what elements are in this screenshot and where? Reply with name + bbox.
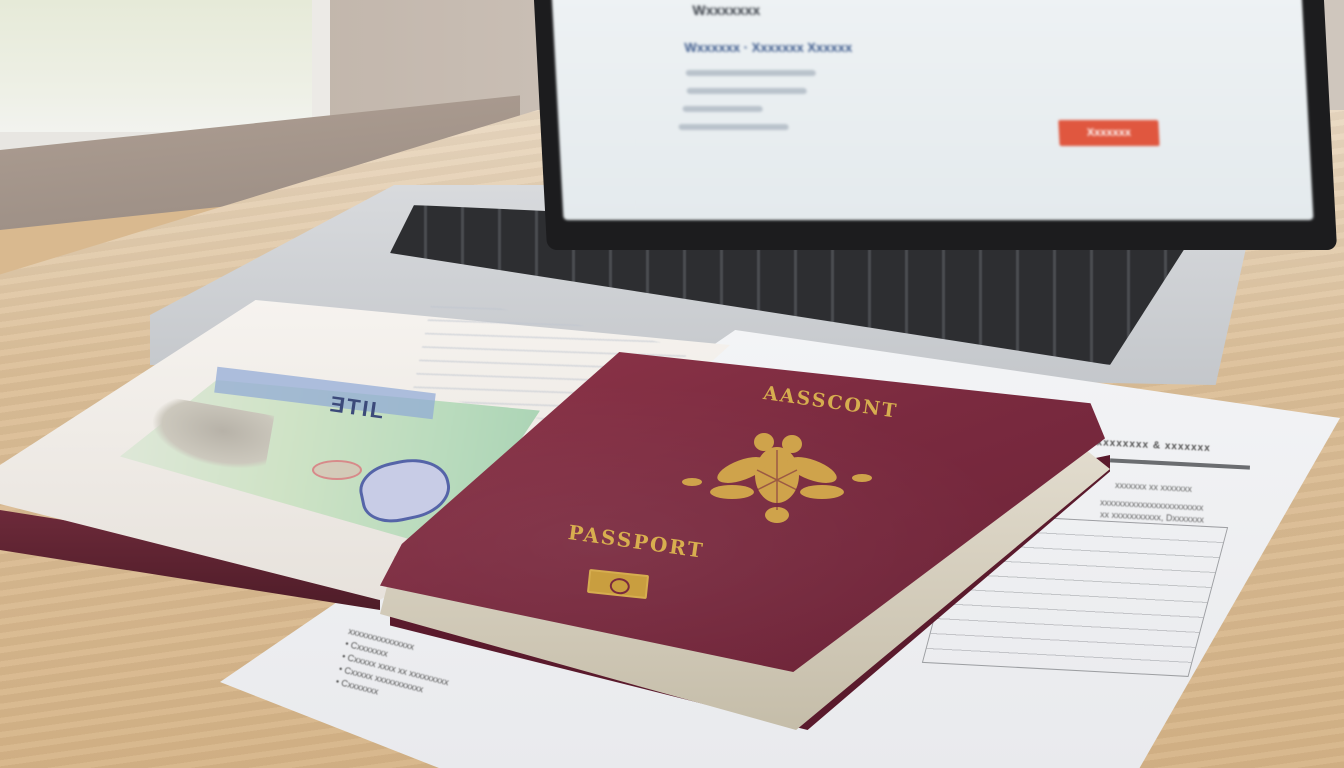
screen-submit-button[interactable]: Xxxxxxx [1058,120,1159,146]
screen-text-line [686,70,816,76]
screen-text-line [683,106,763,112]
screen-heading: Wxxxxxxx [692,2,761,18]
screen-text-line [687,88,807,94]
screen-text-line [678,124,788,130]
laptop-screen: Wxxxxxxx Wxxxxxx · Xxxxxxx Xxxxxx Xxxxxx… [533,0,1337,250]
red-stamp-icon [312,460,362,480]
coat-of-arms-icon [672,430,882,530]
laptop-display: Wxxxxxxx Wxxxxxx · Xxxxxxx Xxxxxx Xxxxxx… [551,0,1313,220]
screen-subheading: Wxxxxxx · Xxxxxxx Xxxxxx [684,40,852,55]
